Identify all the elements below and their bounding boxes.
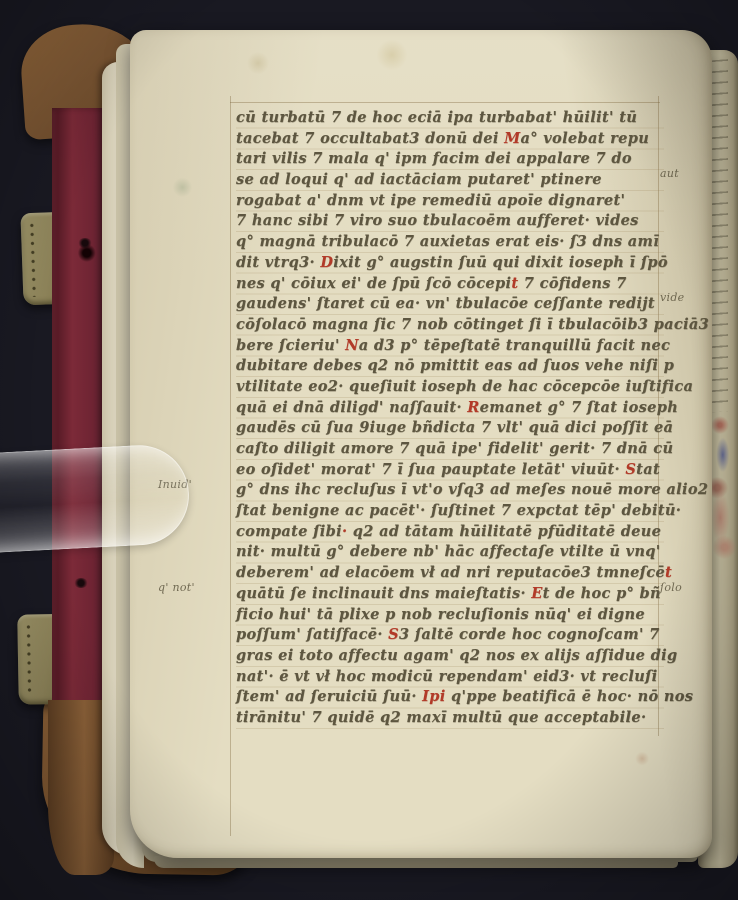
- manuscript-line: nes q' cōiux ei' de ſpū ſcō cōcepit 7 cō…: [236, 274, 664, 295]
- line-text: compate ſibi: [236, 523, 342, 540]
- line-text: ſtat benigne ac pacēt'· ſuſtinet 7 expct…: [236, 502, 681, 519]
- line-text: dit vtrq3·: [236, 254, 320, 271]
- line-text: vtilitate eo2· queſiuit ioseph de hac cō…: [236, 378, 693, 395]
- line-text: nes q' cōiux ei' de ſpū ſcō cōcepi: [236, 275, 511, 292]
- line-text: caſto diligit amore 7 quā ipe' fidelit' …: [236, 440, 673, 457]
- manuscript-line: vtilitate eo2· queſiuit ioseph de hac cō…: [236, 377, 664, 398]
- manuscript-line: cū turbatū 7 de hoc eciā ipa turbabat' h…: [236, 108, 664, 129]
- manuscript-line: tacebat 7 occultabat3 donū dei Ma° voleb…: [236, 129, 664, 150]
- main-page: cū turbatū 7 de hoc eciā ipa turbabat' h…: [130, 30, 712, 858]
- manuscript-line: ſtem' ad ſeruiciū ſuū· Ipi q'ppe beatifi…: [236, 687, 664, 708]
- rubric-initial: t: [665, 564, 672, 581]
- line-text: ficio hui' tā plixe p nob recluſionis nū…: [236, 606, 645, 623]
- margin-note: ſolo: [660, 581, 682, 595]
- manuscript-line: tari vilis 7 mala q' ipm facim dei appal…: [236, 149, 664, 170]
- manuscript-line: cōſolacō magna ſic 7 nob cōtinget ſi ī t…: [236, 315, 664, 336]
- line-text: quātū ſe inclinauit dns maieſtatis·: [236, 585, 531, 602]
- line-text: ſtem' ad ſeruiciū ſuū·: [236, 688, 422, 705]
- rubric-initial: N: [345, 337, 359, 354]
- rubric-initial: E: [531, 585, 542, 602]
- line-text: q2 ad tātam hūilitatē pfūditatē deue: [347, 523, 661, 540]
- rubric-initial: S: [388, 626, 399, 643]
- line-text: 7 cōfidens 7: [518, 275, 626, 292]
- line-text: tari vilis 7 mala q' ipm facim dei appal…: [236, 150, 632, 167]
- manuscript-line: compate ſibi· q2 ad tātam hūilitatē pfūd…: [236, 522, 664, 543]
- line-text: 7 hanc sibi 7 viro suo tbulacoēm auffere…: [236, 212, 639, 229]
- manuscript-photo: cū turbatū 7 de hoc eciā ipa turbabat' h…: [0, 0, 738, 900]
- line-text: a d3 p° tēpeſtatē tranquillū facit nec: [359, 337, 670, 354]
- line-text: tacebat 7 occultabat3 donū dei: [236, 130, 504, 147]
- line-text: gras ei toto affectu agam' q2 nos ex ali…: [236, 647, 677, 664]
- manuscript-line: quā ei dnā diligd' naſſauit· Remanet g° …: [236, 398, 664, 419]
- manuscript-line: bere ſcieriu' Na d3 p° tēpeſtatē tranqui…: [236, 336, 664, 357]
- line-text: q° magnā tribulacō 7 auxietas erat eis· …: [236, 233, 659, 250]
- manuscript-line: dubitare debes q2 nō pmittit eas ad ſuos…: [236, 356, 664, 377]
- manuscript-line: g° dns ihc recluſus ī vt'o vſq3 ad meſes…: [236, 480, 664, 501]
- manuscript-line: deberem' ad elacōem vł ad nri reputacōe3…: [236, 563, 664, 584]
- line-text: 3 ſaltē corde hoc cognoſcam' 7: [399, 626, 660, 643]
- line-text: bere ſcieriu': [236, 337, 345, 354]
- ruling-line-left: [230, 96, 231, 836]
- line-text: tat: [636, 461, 660, 478]
- line-text: dubitare debes q2 nō pmittit eas ad ſuos…: [236, 357, 674, 374]
- rubric-initial: Ipi: [422, 688, 445, 705]
- manuscript-line: gras ei toto affectu agam' q2 nos ex ali…: [236, 646, 664, 667]
- rubric-initial: R: [467, 399, 479, 416]
- line-text: cōſolacō magna ſic 7 nob cōtinget ſi ī t…: [236, 316, 709, 333]
- line-text: g° dns ihc recluſus ī vt'o vſq3 ad meſes…: [236, 481, 708, 498]
- strap-stitches: [26, 221, 41, 297]
- line-text: deberem' ad elacōem vł ad nri reputacōe3…: [236, 564, 665, 581]
- margin-note: aut: [660, 167, 679, 181]
- line-text: eo oſidet' morat' 7 ī ſua pauptate letāt…: [236, 461, 625, 478]
- manuscript-line: rogabat a' dnm vt ipe remediū apoīe dign…: [236, 191, 664, 212]
- rubric-initial: S: [625, 461, 636, 478]
- line-text: se ad loqui q' ad iactāciam putaret' pti…: [236, 171, 602, 188]
- line-text: quā ei dnā diligd' naſſauit·: [236, 399, 467, 416]
- spine-stitch-knot: [78, 238, 92, 248]
- manuscript-line: tirānitu' 7 quidē q2 maxī multū que acce…: [236, 708, 664, 729]
- line-text: nit· multū g° debere nb' hāc affectaſe v…: [236, 543, 661, 560]
- manuscript-line: eo oſidet' morat' 7 ī ſua pauptate letāt…: [236, 460, 664, 481]
- manuscript-line: gaudēs cū ſua 9iuge bñdicta 7 vlt' quā d…: [236, 418, 664, 439]
- manuscript-line: dit vtrq3· Dixit g° augstin ſuū qui dixi…: [236, 253, 664, 274]
- manuscript-line: quātū ſe inclinauit dns maieſtatis· Et d…: [236, 584, 664, 605]
- transparent-page-clip: [0, 443, 191, 554]
- line-text: nat'· ē vt vł hoc modicū rependam' eid3·…: [236, 668, 658, 685]
- line-text: poſſum' ſatiſfacē·: [236, 626, 388, 643]
- rubric-initial: M: [504, 130, 520, 147]
- manuscript-line: gaudens' ſtaret cū ea· vn' tbulacōe ceſſ…: [236, 294, 664, 315]
- manuscript-line: q° magnā tribulacō 7 auxietas erat eis· …: [236, 232, 664, 253]
- manuscript-line: caſto diligit amore 7 quā ipe' fidelit' …: [236, 439, 664, 460]
- manuscript-line: nit· multū g° debere nb' hāc affectaſe v…: [236, 542, 664, 563]
- line-text: tirānitu' 7 quidē q2 maxī multū que acce…: [236, 709, 646, 726]
- line-text: gaudens' ſtaret cū ea· vn' tbulacōe ceſſ…: [236, 295, 655, 312]
- line-text: a° volebat repu: [521, 130, 650, 147]
- line-text: cū turbatū 7 de hoc eciā ipa turbabat' h…: [236, 109, 637, 126]
- line-text: ixit g° augstin ſuū qui dixit ioseph ī ſ…: [333, 254, 668, 271]
- rubric-initial: D: [320, 254, 333, 271]
- spine-stitch-knot: [74, 578, 88, 588]
- line-text: t de hoc p° bñ: [543, 585, 661, 602]
- margin-note: q' not': [158, 581, 195, 595]
- manuscript-line: ſtat benigne ac pacēt'· ſuſtinet 7 expct…: [236, 501, 664, 522]
- ruling-line-top: [230, 102, 660, 103]
- manuscript-line: 7 hanc sibi 7 viro suo tbulacoēm auffere…: [236, 211, 664, 232]
- line-text: emanet g° 7 ſtat ioseph: [480, 399, 678, 416]
- margin-note: vide: [660, 291, 684, 305]
- line-text: q'ppe beatificā ē hoc· nō nos: [446, 688, 694, 705]
- line-text: gaudēs cū ſua 9iuge bñdicta 7 vlt' quā d…: [236, 419, 673, 436]
- manuscript-line: poſſum' ſatiſfacē· S3 ſaltē corde hoc co…: [236, 625, 664, 646]
- manuscript-line: se ad loqui q' ad iactāciam putaret' pti…: [236, 170, 664, 191]
- manuscript-line: nat'· ē vt vł hoc modicū rependam' eid3·…: [236, 667, 664, 688]
- line-text: rogabat a' dnm vt ipe remediū apoīe dign…: [236, 192, 625, 209]
- text-block: cū turbatū 7 de hoc eciā ipa turbabat' h…: [236, 108, 664, 729]
- manuscript-line: ficio hui' tā plixe p nob recluſionis nū…: [236, 605, 664, 626]
- strap-stitches: [22, 622, 35, 696]
